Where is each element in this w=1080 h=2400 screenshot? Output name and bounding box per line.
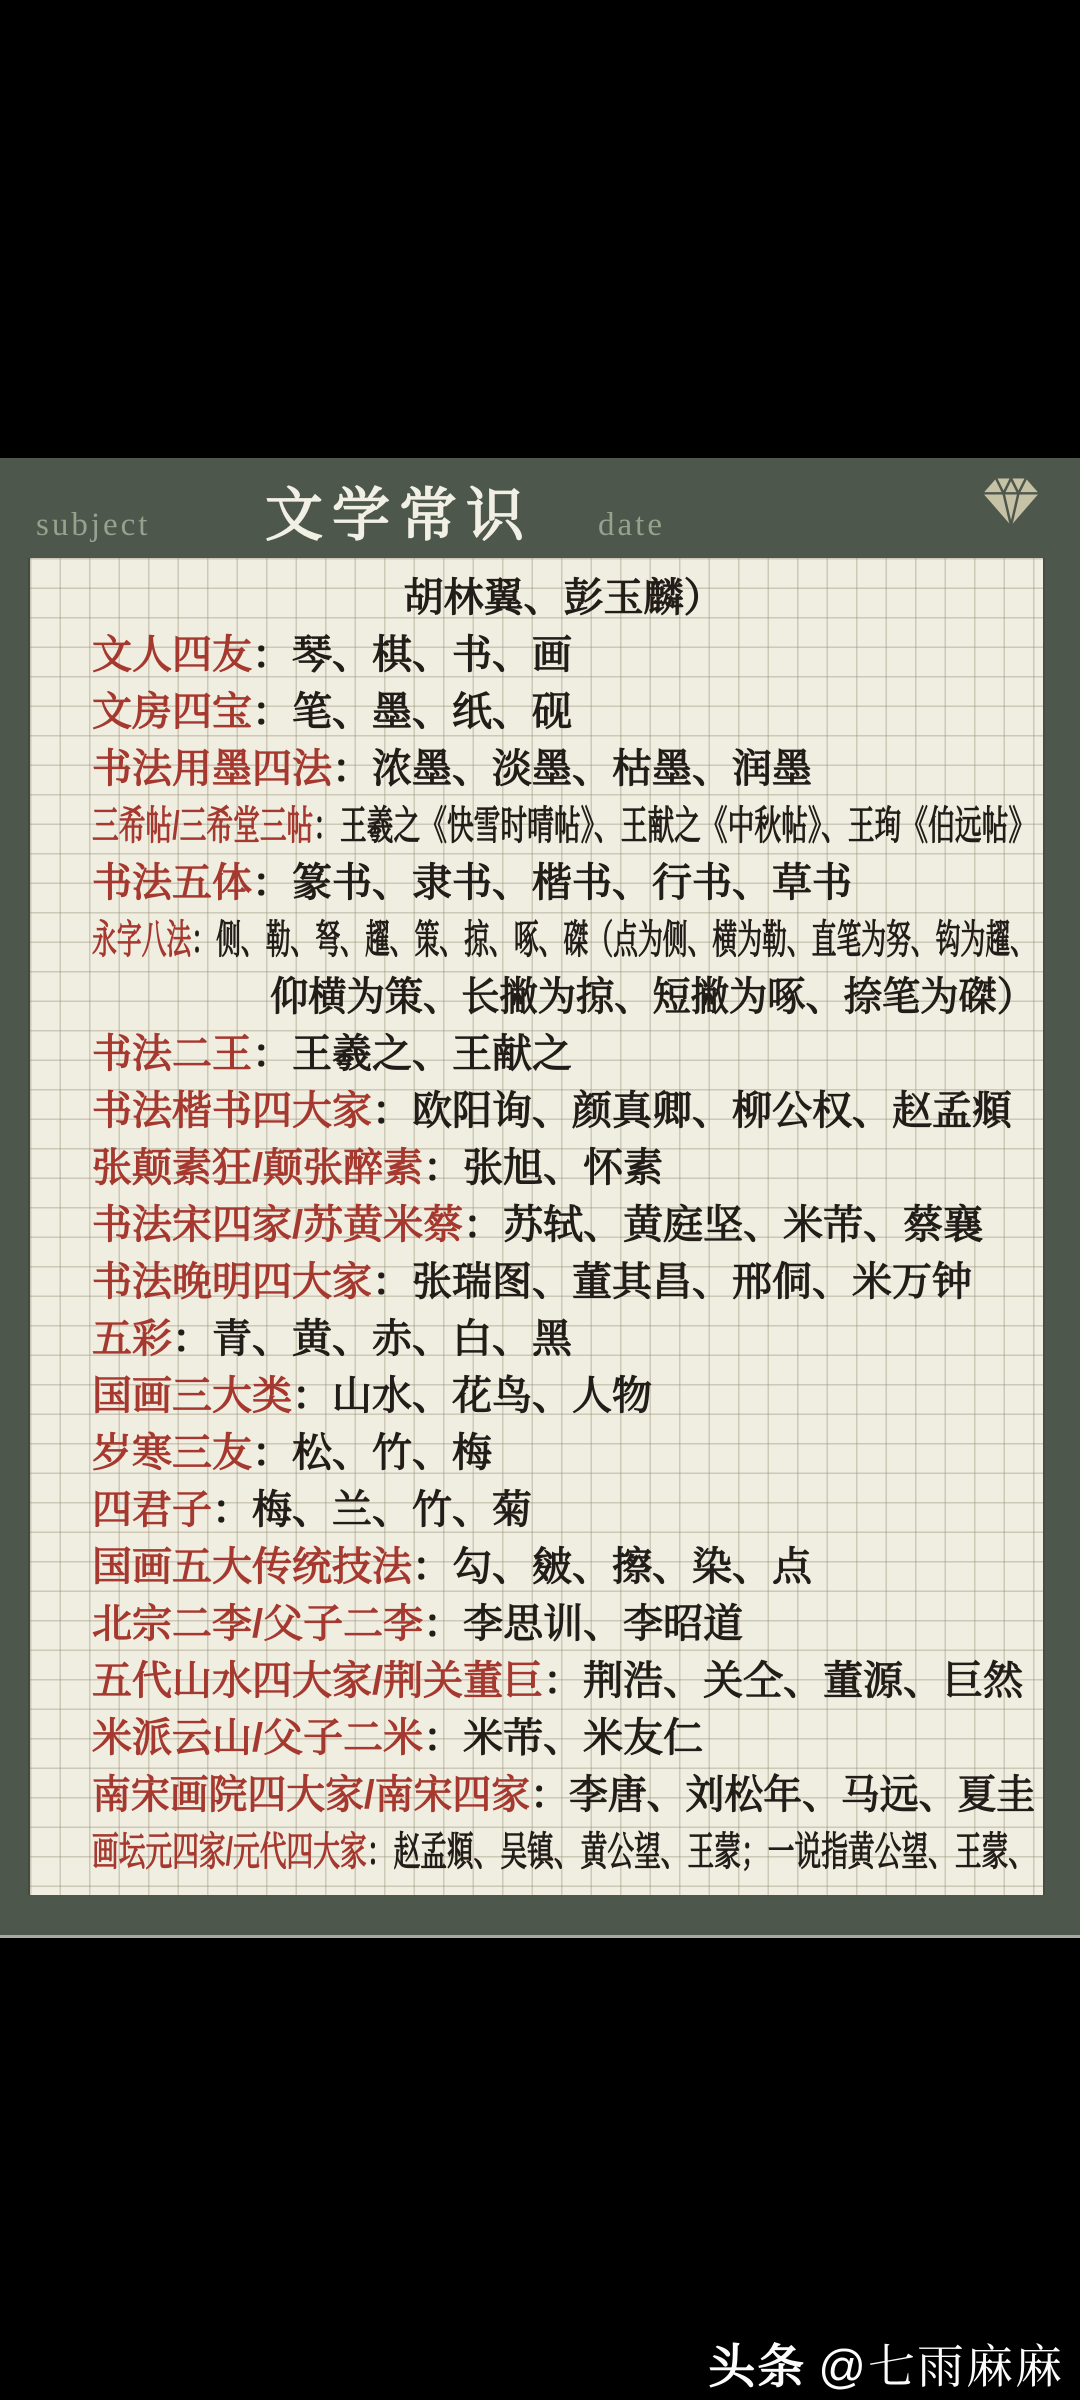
row-content: ：欧阳询、颜真卿、柳公权、赵孟頫	[372, 1089, 1012, 1133]
row-term: 书法宋四家/苏黄米蔡	[92, 1203, 463, 1247]
row-term: 北宗二李/父子二李	[92, 1602, 423, 1646]
row-content: ：张瑞图、董其昌、邢侗、米万钟	[372, 1260, 972, 1304]
knowledge-row: 胡林翼、彭玉麟）	[92, 570, 1035, 627]
row-content: ：李唐、刘松年、马远、夏圭	[530, 1773, 1035, 1817]
knowledge-row: 文房四宝：笔、墨、纸、砚	[92, 684, 1035, 741]
knowledge-row: 永字八法：侧、勒、弩、趯、策、掠、啄、磔（点为侧、横为勒、直笔为努、钩为趯、	[92, 912, 1035, 969]
row-term: 书法晚明四大家	[92, 1260, 372, 1304]
knowledge-row: 书法楷书四大家：欧阳询、颜真卿、柳公权、赵孟頫	[92, 1083, 1035, 1140]
row-content: ：松、竹、梅	[252, 1431, 492, 1475]
row-term: 四君子	[92, 1488, 212, 1532]
row-content: ：山水、花鸟、人物	[292, 1374, 652, 1418]
row-text: 五彩：青、黄、赤、白、黑	[92, 1311, 572, 1368]
row-content: ：梅、兰、竹、菊	[212, 1488, 532, 1532]
row-text: 国画三大类：山水、花鸟、人物	[92, 1368, 652, 1425]
row-text: 国画五大传统技法：勾、皴、擦、染、点	[92, 1539, 812, 1596]
row-content: ：青、黄、赤、白、黑	[172, 1317, 572, 1361]
watermark-handle: @七雨麻麻	[818, 2340, 1064, 2393]
knowledge-row: 书法用墨四法：浓墨、淡墨、枯墨、润墨	[92, 741, 1035, 798]
row-text: 北宗二李/父子二李：李思训、李昭道	[92, 1596, 743, 1653]
phone-screen: subject 文学常识 date 胡林翼、彭玉麟）文人四友：琴、棋、书、画文房…	[0, 0, 1080, 2400]
knowledge-row: 仰横为策、长撇为掠、短撇为啄、捺笔为磔）	[92, 969, 1035, 1026]
row-content: 胡林翼、彭玉麟）	[404, 576, 724, 620]
row-term: 书法楷书四大家	[92, 1089, 372, 1133]
row-term: 南宋画院四大家/南宋四家	[92, 1773, 530, 1817]
row-term: 岁寒三友	[92, 1431, 252, 1475]
row-content: 仰横为策、长撇为掠、短撇为啄、捺笔为磔）	[270, 975, 1035, 1019]
row-text: 书法用墨四法：浓墨、淡墨、枯墨、润墨	[92, 741, 812, 798]
row-text: 书法宋四家/苏黄米蔡：苏轼、黄庭坚、米芾、蔡襄	[92, 1197, 983, 1254]
row-content: ：米芾、米友仁	[423, 1716, 703, 1760]
knowledge-list: 胡林翼、彭玉麟）文人四友：琴、棋、书、画文房四宝：笔、墨、纸、砚书法用墨四法：浓…	[30, 558, 1043, 1881]
row-content: ：侧、勒、弩、趯、策、掠、啄、磔（点为侧、横为勒、直笔为努、钩为趯、	[191, 918, 1035, 962]
watermark-brand: 头条	[708, 2340, 806, 2393]
row-text: 四君子：梅、兰、竹、菊	[92, 1482, 532, 1539]
knowledge-row: 张颠素狂/颠张醉素：张旭、怀素	[92, 1140, 1035, 1197]
row-content: ：赵孟頫、吴镇、黄公望、王蒙；一说指黄公望、王蒙、	[367, 1830, 1035, 1874]
row-term: 永字八法	[92, 918, 191, 962]
row-text: 文房四宝：笔、墨、纸、砚	[92, 684, 572, 741]
watermark: 头条@七雨麻麻	[708, 2330, 1064, 2397]
knowledge-row: 岁寒三友：松、竹、梅	[92, 1425, 1035, 1482]
knowledge-row: 书法宋四家/苏黄米蔡：苏轼、黄庭坚、米芾、蔡襄	[92, 1197, 1035, 1254]
row-term: 张颠素狂/颠张醉素	[92, 1146, 423, 1190]
row-text: 永字八法：侧、勒、弩、趯、策、掠、啄、磔（点为侧、横为勒、直笔为努、钩为趯、	[92, 912, 1035, 969]
knowledge-row: 五彩：青、黄、赤、白、黑	[92, 1311, 1035, 1368]
row-content: ：琴、棋、书、画	[252, 633, 572, 677]
row-term: 五彩	[92, 1317, 172, 1361]
knowledge-row: 文人四友：琴、棋、书、画	[92, 627, 1035, 684]
row-content: ：荆浩、关仝、董源、巨然	[543, 1659, 1023, 1703]
row-text: 书法二王：王羲之、王献之	[92, 1026, 572, 1083]
row-content: ：勾、皴、擦、染、点	[412, 1545, 812, 1589]
row-text: 胡林翼、彭玉麟）	[404, 570, 724, 627]
knowledge-row: 三希帖/三希堂三帖：王羲之《快雪时晴帖》、王献之《中秋帖》、王珣《伯远帖》	[92, 798, 1035, 855]
row-content: ：李思训、李昭道	[423, 1602, 743, 1646]
row-text: 三希帖/三希堂三帖：王羲之《快雪时晴帖》、王献之《中秋帖》、王珣《伯远帖》	[92, 798, 1035, 855]
row-content: ：篆书、隶书、楷书、行书、草书	[252, 861, 852, 905]
row-term: 书法二王	[92, 1032, 252, 1076]
date-label: date	[598, 507, 665, 544]
knowledge-row: 画坛元四家/元代四大家：赵孟頫、吴镇、黄公望、王蒙；一说指黄公望、王蒙、	[92, 1824, 1035, 1881]
row-text: 张颠素狂/颠张醉素：张旭、怀素	[92, 1140, 663, 1197]
knowledge-row: 书法晚明四大家：张瑞图、董其昌、邢侗、米万钟	[92, 1254, 1035, 1311]
knowledge-row: 五代山水四大家/荆关董巨：荆浩、关仝、董源、巨然	[92, 1653, 1035, 1710]
row-content: ：张旭、怀素	[423, 1146, 663, 1190]
row-term: 国画五大传统技法	[92, 1545, 412, 1589]
row-term: 文人四友	[92, 633, 252, 677]
knowledge-row: 书法二王：王羲之、王献之	[92, 1026, 1035, 1083]
row-content: ：王羲之、王献之	[252, 1032, 572, 1076]
page-title: 文学常识	[265, 468, 533, 552]
row-content: ：浓墨、淡墨、枯墨、润墨	[332, 747, 812, 791]
row-text: 米派云山/父子二米：米芾、米友仁	[92, 1710, 703, 1767]
knowledge-row: 南宋画院四大家/南宋四家：李唐、刘松年、马远、夏圭	[92, 1767, 1035, 1824]
row-text: 书法晚明四大家：张瑞图、董其昌、邢侗、米万钟	[92, 1254, 972, 1311]
row-content: ：苏轼、黄庭坚、米芾、蔡襄	[463, 1203, 983, 1247]
row-term: 国画三大类	[92, 1374, 292, 1418]
row-text: 文人四友：琴、棋、书、画	[92, 627, 572, 684]
row-term: 米派云山/父子二米	[92, 1716, 423, 1760]
row-term: 文房四宝	[92, 690, 252, 734]
row-content: ：笔、墨、纸、砚	[252, 690, 572, 734]
row-text: 书法五体：篆书、隶书、楷书、行书、草书	[92, 855, 852, 912]
row-term: 书法五体	[92, 861, 252, 905]
row-content: ：王羲之《快雪时晴帖》、王献之《中秋帖》、王珣《伯远帖》	[313, 804, 1035, 848]
diamond-icon	[980, 474, 1042, 530]
row-term: 三希帖/三希堂三帖	[92, 804, 313, 848]
row-term: 五代山水四大家/荆关董巨	[92, 1659, 543, 1703]
row-text: 五代山水四大家/荆关董巨：荆浩、关仝、董源、巨然	[92, 1653, 1023, 1710]
row-text: 岁寒三友：松、竹、梅	[92, 1425, 492, 1482]
knowledge-row: 国画五大传统技法：勾、皴、擦、染、点	[92, 1539, 1035, 1596]
row-text: 书法楷书四大家：欧阳询、颜真卿、柳公权、赵孟頫	[92, 1083, 1012, 1140]
knowledge-row: 书法五体：篆书、隶书、楷书、行书、草书	[92, 855, 1035, 912]
subject-label: subject	[36, 507, 150, 544]
knowledge-row: 四君子：梅、兰、竹、菊	[92, 1482, 1035, 1539]
grid-paper: 胡林翼、彭玉麟）文人四友：琴、棋、书、画文房四宝：笔、墨、纸、砚书法用墨四法：浓…	[30, 558, 1043, 1895]
sheet-header: subject 文学常识 date	[0, 458, 1080, 558]
row-term: 书法用墨四法	[92, 747, 332, 791]
row-text: 南宋画院四大家/南宋四家：李唐、刘松年、马远、夏圭	[92, 1767, 1035, 1824]
knowledge-sheet-photo: subject 文学常识 date 胡林翼、彭玉麟）文人四友：琴、棋、书、画文房…	[0, 458, 1080, 1938]
knowledge-row: 国画三大类：山水、花鸟、人物	[92, 1368, 1035, 1425]
row-term: 画坛元四家/元代四大家	[92, 1830, 367, 1874]
knowledge-row: 米派云山/父子二米：米芾、米友仁	[92, 1710, 1035, 1767]
row-text: 仰横为策、长撇为掠、短撇为啄、捺笔为磔）	[270, 969, 1035, 1026]
row-text: 画坛元四家/元代四大家：赵孟頫、吴镇、黄公望、王蒙；一说指黄公望、王蒙、	[92, 1824, 1035, 1881]
knowledge-row: 北宗二李/父子二李：李思训、李昭道	[92, 1596, 1035, 1653]
